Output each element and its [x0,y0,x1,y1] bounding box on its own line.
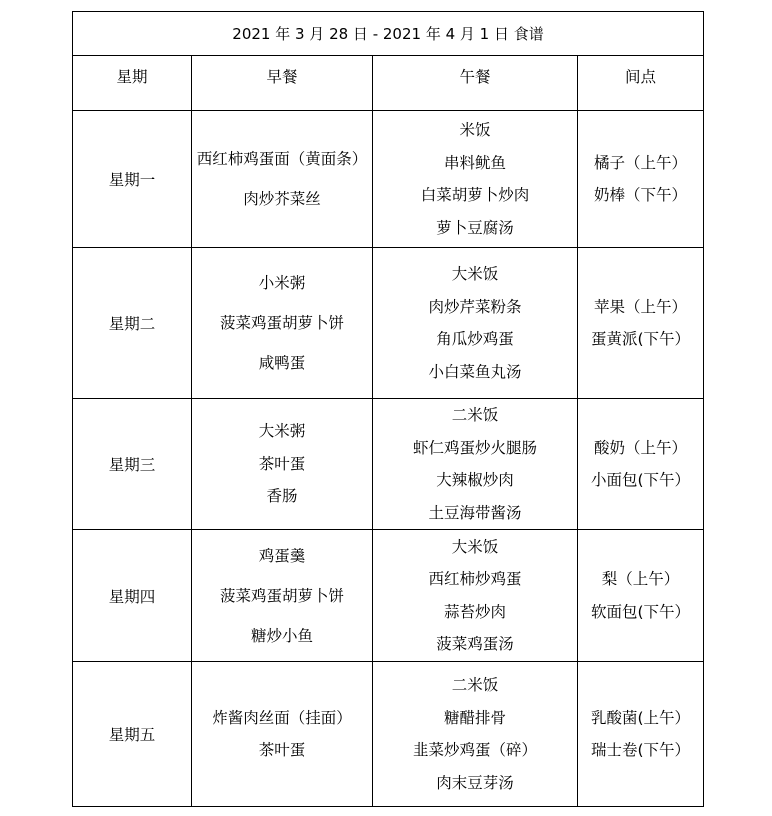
breakfast-item: 炸酱肉丝面（挂面） [192,702,372,735]
lunch-item: 二米饭 [373,399,577,432]
header-breakfast: 早餐 [192,56,373,111]
breakfast-item: 鸡蛋羹 [192,536,372,576]
snack-item: 乳酸菌(上午） [578,702,703,735]
lunch-item: 二米饭 [373,669,577,702]
breakfast-item: 茶叶蛋 [192,734,372,767]
lunch-cell: 米饭 串料鱿鱼 白菜胡萝卜炒肉 萝卜豆腐汤 [373,111,578,248]
breakfast-item: 香肠 [192,480,372,513]
snack-cell: 梨（上午） 软面包(下午） [578,530,704,662]
snack-item: 梨（上午） [578,563,703,596]
lunch-item: 串料鱿鱼 [373,147,577,180]
snack-item: 蛋黄派(下午） [578,323,703,356]
table-row: 星期三 大米粥 茶叶蛋 香肠 二米饭 虾仁鸡蛋炒火腿肠 大辣椒炒肉 土豆海带酱汤… [73,399,704,530]
table-row: 星期五 炸酱肉丝面（挂面） 茶叶蛋 二米饭 糖醋排骨 韭菜炒鸡蛋（碎） 肉末豆芽… [73,662,704,807]
snack-cell: 乳酸菌(上午） 瑞士卷(下午） [578,662,704,807]
snack-item: 橘子（上午） [578,147,703,180]
breakfast-cell: 炸酱肉丝面（挂面） 茶叶蛋 [192,662,373,807]
lunch-cell: 二米饭 糖醋排骨 韭菜炒鸡蛋（碎） 肉末豆芽汤 [373,662,578,807]
weekly-menu-table: 2021 年 3 月 28 日 - 2021 年 4 月 1 日 食谱 星期 早… [72,11,704,807]
day-cell: 星期三 [73,399,192,530]
breakfast-item: 咸鸭蛋 [192,343,372,383]
lunch-item: 肉末豆芽汤 [373,767,577,800]
header-snack: 间点 [578,56,704,111]
lunch-item: 虾仁鸡蛋炒火腿肠 [373,432,577,465]
header-day: 星期 [73,56,192,111]
table-row: 星期一 西红柿鸡蛋面（黄面条） 肉炒芥菜丝 米饭 串料鱿鱼 白菜胡萝卜炒肉 萝卜… [73,111,704,248]
breakfast-item: 茶叶蛋 [192,448,372,481]
lunch-item: 大辣椒炒肉 [373,464,577,497]
breakfast-cell: 西红柿鸡蛋面（黄面条） 肉炒芥菜丝 [192,111,373,248]
breakfast-item: 大米粥 [192,415,372,448]
breakfast-cell: 大米粥 茶叶蛋 香肠 [192,399,373,530]
snack-cell: 苹果（上午） 蛋黄派(下午） [578,248,704,399]
breakfast-cell: 小米粥 菠菜鸡蛋胡萝卜饼 咸鸭蛋 [192,248,373,399]
lunch-item: 糖醋排骨 [373,702,577,735]
snack-item: 酸奶（上午） [578,432,703,465]
lunch-item: 萝卜豆腐汤 [373,212,577,245]
snack-cell: 酸奶（上午） 小面包(下午） [578,399,704,530]
lunch-cell: 大米饭 西红柿炒鸡蛋 蒜苔炒肉 菠菜鸡蛋汤 [373,530,578,662]
header-row: 星期 早餐 午餐 间点 [73,56,704,111]
lunch-cell: 二米饭 虾仁鸡蛋炒火腿肠 大辣椒炒肉 土豆海带酱汤 [373,399,578,530]
menu-title: 2021 年 3 月 28 日 - 2021 年 4 月 1 日 食谱 [73,12,704,56]
title-row: 2021 年 3 月 28 日 - 2021 年 4 月 1 日 食谱 [73,12,704,56]
snack-item: 软面包(下午） [578,596,703,629]
day-cell: 星期一 [73,111,192,248]
breakfast-item: 菠菜鸡蛋胡萝卜饼 [192,303,372,343]
day-cell: 星期二 [73,248,192,399]
breakfast-cell: 鸡蛋羹 菠菜鸡蛋胡萝卜饼 糖炒小鱼 [192,530,373,662]
lunch-item: 白菜胡萝卜炒肉 [373,179,577,212]
lunch-item: 大米饭 [373,258,577,291]
lunch-cell: 大米饭 肉炒芹菜粉条 角瓜炒鸡蛋 小白菜鱼丸汤 [373,248,578,399]
lunch-item: 米饭 [373,114,577,147]
lunch-item: 西红柿炒鸡蛋 [373,563,577,596]
table-row: 星期二 小米粥 菠菜鸡蛋胡萝卜饼 咸鸭蛋 大米饭 肉炒芹菜粉条 角瓜炒鸡蛋 小白… [73,248,704,399]
lunch-item: 角瓜炒鸡蛋 [373,323,577,356]
breakfast-item: 西红柿鸡蛋面（黄面条） [196,139,368,179]
breakfast-item: 肉炒芥菜丝 [196,179,368,219]
snack-cell: 橘子（上午） 奶棒（下午） [578,111,704,248]
snack-item: 小面包(下午） [578,464,703,497]
lunch-item: 菠菜鸡蛋汤 [373,628,577,661]
snack-item: 瑞士卷(下午） [578,734,703,767]
table-row: 星期四 鸡蛋羹 菠菜鸡蛋胡萝卜饼 糖炒小鱼 大米饭 西红柿炒鸡蛋 蒜苔炒肉 菠菜… [73,530,704,662]
snack-item: 奶棒（下午） [578,179,703,212]
header-lunch: 午餐 [373,56,578,111]
breakfast-item: 菠菜鸡蛋胡萝卜饼 [192,576,372,616]
lunch-item: 韭菜炒鸡蛋（碎） [373,734,577,767]
breakfast-item: 小米粥 [192,263,372,303]
snack-item: 苹果（上午） [578,291,703,324]
day-cell: 星期四 [73,530,192,662]
lunch-item: 小白菜鱼丸汤 [373,356,577,389]
lunch-item: 土豆海带酱汤 [373,497,577,530]
breakfast-item: 糖炒小鱼 [192,616,372,656]
lunch-item: 蒜苔炒肉 [373,596,577,629]
lunch-item: 肉炒芹菜粉条 [373,291,577,324]
lunch-item: 大米饭 [373,531,577,564]
day-cell: 星期五 [73,662,192,807]
